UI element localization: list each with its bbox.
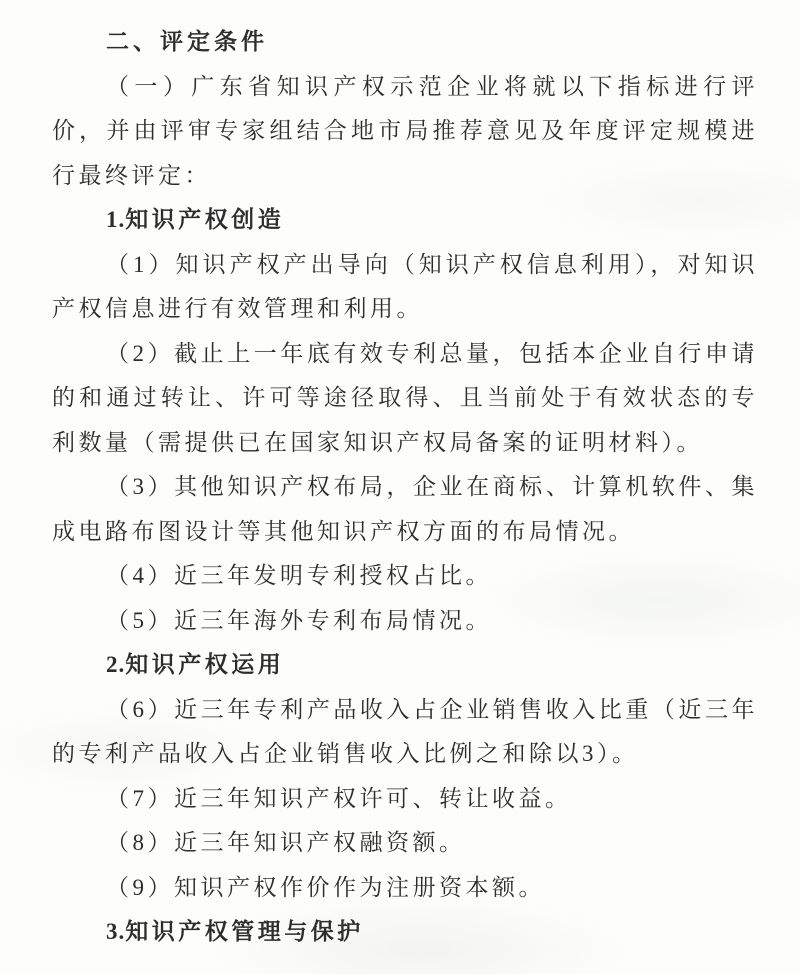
subsection-2-number: 2. [106,652,125,677]
list-item-3: （3）其他知识产权布局，企业在商标、计算机软件、集成电路布图设计等其他知识产权方… [52,465,758,554]
list-item-9: （9）知识产权作价作为注册资本额。 [52,866,758,911]
list-item-4: （4）近三年发明专利授权占比。 [52,554,758,599]
subsection-3-number: 3. [106,919,125,944]
subsection-3-title: 知识产权管理与保护 [125,919,364,944]
list-item-5: （5）近三年海外专利布局情况。 [52,599,758,644]
list-item-7: （7）近三年知识产权许可、转让收益。 [52,777,758,822]
list-item-1: （1）知识产权产出导向（知识产权信息利用），对知识产权信息进行有效管理和利用。 [52,243,758,332]
subsection-1-title: 知识产权创造 [125,207,284,232]
subsection-2-title: 知识产权运用 [125,652,284,677]
list-item-6: （6）近三年专利产品收入占企业销售收入比重（近三年的专利产品收入占企业销售收入比… [52,688,758,777]
scanned-document-page: 二、评定条件 （一）广东省知识产权示范企业将就以下指标进行评价，并由评审专家组结… [0,0,800,974]
subsection-heading-3: 3.知识产权管理与保护 [52,910,758,955]
subsection-heading-1: 1.知识产权创造 [52,198,758,243]
intro-paragraph: （一）广东省知识产权示范企业将就以下指标进行评价，并由评审专家组结合地市局推荐意… [52,65,758,199]
list-item-8: （8）近三年知识产权融资额。 [52,821,758,866]
subsection-heading-2: 2.知识产权运用 [52,643,758,688]
list-item-2: （2）截止上一年底有效专利总量，包括本企业自行申请的和通过转让、许可等途径取得、… [52,332,758,466]
section-heading: 二、评定条件 [52,20,758,65]
subsection-1-number: 1. [106,207,125,232]
